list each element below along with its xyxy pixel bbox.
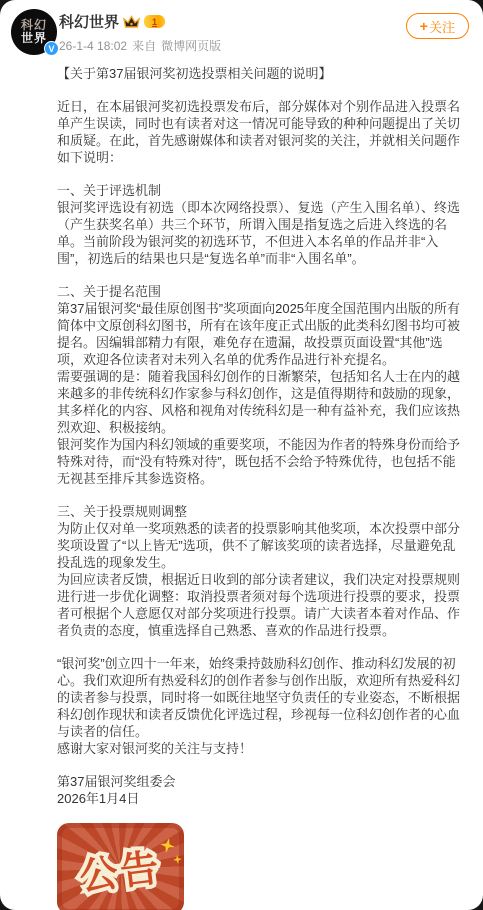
section-heading-1: 一、关于评选机制 [57, 182, 467, 199]
post-paragraph: 银河奖作为国内科幻领域的重要奖项，不能因为作者的特殊身份而给予特殊对待，而“没有… [57, 436, 467, 487]
username[interactable]: 科幻世界 [59, 11, 119, 32]
avatar-logo-line2: 世界 [21, 32, 47, 45]
page-background: 科幻 世界 V 科幻世界 1 26-1-4 18:02 来自 微博网页版 [0, 0, 483, 910]
follow-button-label: 关注 [429, 17, 455, 36]
sparkle-icon [172, 854, 182, 864]
weibo-post-card: 科幻 世界 V 科幻世界 1 26-1-4 18:02 来自 微博网页版 [0, 0, 483, 910]
verified-badge-icon: V [44, 41, 59, 56]
avatar[interactable]: 科幻 世界 V [11, 9, 57, 55]
follow-button[interactable]: + 关注 [406, 13, 469, 39]
signature-line: 第37届银河奖组委会 [57, 773, 467, 790]
post-paragraph: 银河奖评选设有初选（即本次网络投票）、复选（产生入围名单）、终选（产生获奖名单）… [57, 199, 467, 267]
sparkle-icon [159, 837, 177, 855]
post-text: 【关于第37届银河奖初选投票相关问题的说明】 近日，在本届银河奖初选投票发布后，… [57, 65, 467, 807]
post-source[interactable]: 微博网页版 [161, 37, 221, 54]
post-paragraph: 为回应读者反馈，根据近日收到的部分读者建议，我们决定对投票规则进行进一步优化调整… [57, 571, 467, 639]
announcement-image[interactable]: 公告 公告 [57, 823, 184, 910]
post-paragraph: 感谢大家对银河奖的关注与支持！ [57, 740, 467, 757]
announcement-text-wrap: 公告 公告 [76, 836, 164, 901]
source-prefix: 来自 [132, 37, 156, 54]
post-paragraph: 为防止仅对单一奖项熟悉的读者的投票影响其他奖项，本次投票中部分奖项设置了“以上皆… [57, 520, 467, 571]
vip-crown-icon[interactable] [123, 15, 140, 29]
post-paragraph: “银河奖”创立四十一年来，始终秉持鼓励科幻创作、推动科幻发展的初心。我们欢迎所有… [57, 655, 467, 740]
post-title: 【关于第37届银河奖初选投票相关问题的说明】 [57, 65, 467, 82]
post-paragraph: 第37届银河奖“最佳原创图书”奖项面向2025年度全国范围内出版的所有简体中文原… [57, 300, 467, 368]
section-heading-3: 三、关于投票规则调整 [57, 503, 467, 520]
post-time[interactable]: 26-1-4 18:02 [59, 39, 127, 53]
post-paragraph: 近日，在本届银河奖初选投票发布后，部分媒体对个别作品进入投票名单产生误读，同时也… [57, 98, 467, 166]
post-paragraph: 需要强调的是：随着我国科幻创作的日渐繁荣，包括知名人士在内的越来越多的非传统科幻… [57, 368, 467, 436]
signature-date: 2026年1月4日 [57, 790, 467, 807]
member-level-badge[interactable]: 1 [144, 15, 165, 28]
section-heading-2: 二、关于提名范围 [57, 283, 467, 300]
post-meta: 26-1-4 18:02 来自 微博网页版 [59, 37, 469, 54]
post-header: 科幻 世界 V 科幻世界 1 26-1-4 18:02 来自 微博网页版 [0, 0, 483, 54]
plus-icon: + [420, 18, 428, 34]
